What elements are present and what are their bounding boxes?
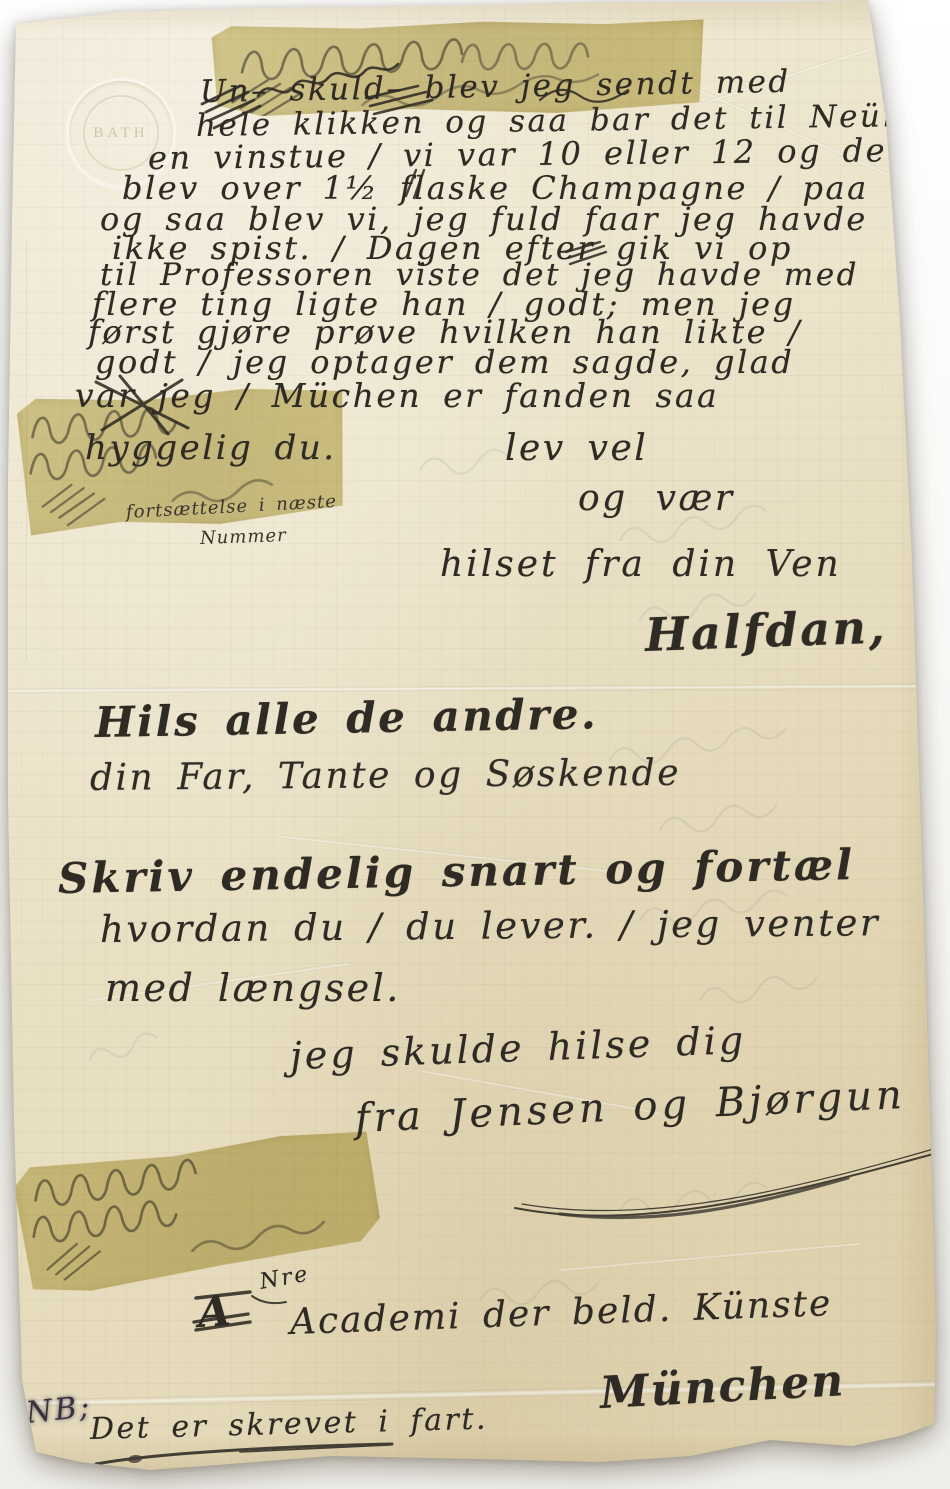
regards-line: fra Jensen og Bjørgun [354, 1072, 907, 1142]
paper-edge-shading-right [870, 0, 950, 1489]
request-line: Skriv endelig snart og fortæl [58, 840, 856, 903]
signature: Halfdan, [644, 600, 888, 662]
letter-paper: BATH [0, 0, 950, 1489]
closing-line: lev vel [505, 428, 648, 469]
wrinkle-crease [560, 1242, 859, 1272]
crossed-out-letter: A [196, 1286, 234, 1337]
tape-bleed-scribble [12, 1126, 385, 1298]
postscript-nb: NB; [24, 1389, 93, 1431]
greeting-line: din Far, Tante og Søskende [90, 753, 681, 799]
embossed-seal-text: BATH [93, 125, 148, 142]
margin-note-line: Nummer [200, 525, 287, 549]
address-line: Academi der beld. Künste [289, 1283, 833, 1343]
regards-line: jeg skulde hilse dig [289, 1018, 747, 1078]
request-line: hvordan du / du lever. / jeg venter [100, 901, 880, 951]
address-line: München [599, 1355, 847, 1419]
body-line: var jeg / Müchen er fanden saa [75, 376, 719, 415]
request-line: med længsel. [105, 966, 401, 1010]
address-note: Nre [258, 1261, 312, 1294]
paper-shadow-wrap: BATH [0, 0, 950, 1489]
body-line: hyggelig du. [85, 428, 337, 468]
greeting-line: Hils alle de andre. [95, 689, 599, 747]
closing-line: hilset fra din Ven [440, 544, 842, 585]
closing-line: og vær [578, 478, 735, 519]
tape-patch-bottom-left [12, 1126, 385, 1298]
scanned-letter-page: BATH [0, 0, 950, 1489]
